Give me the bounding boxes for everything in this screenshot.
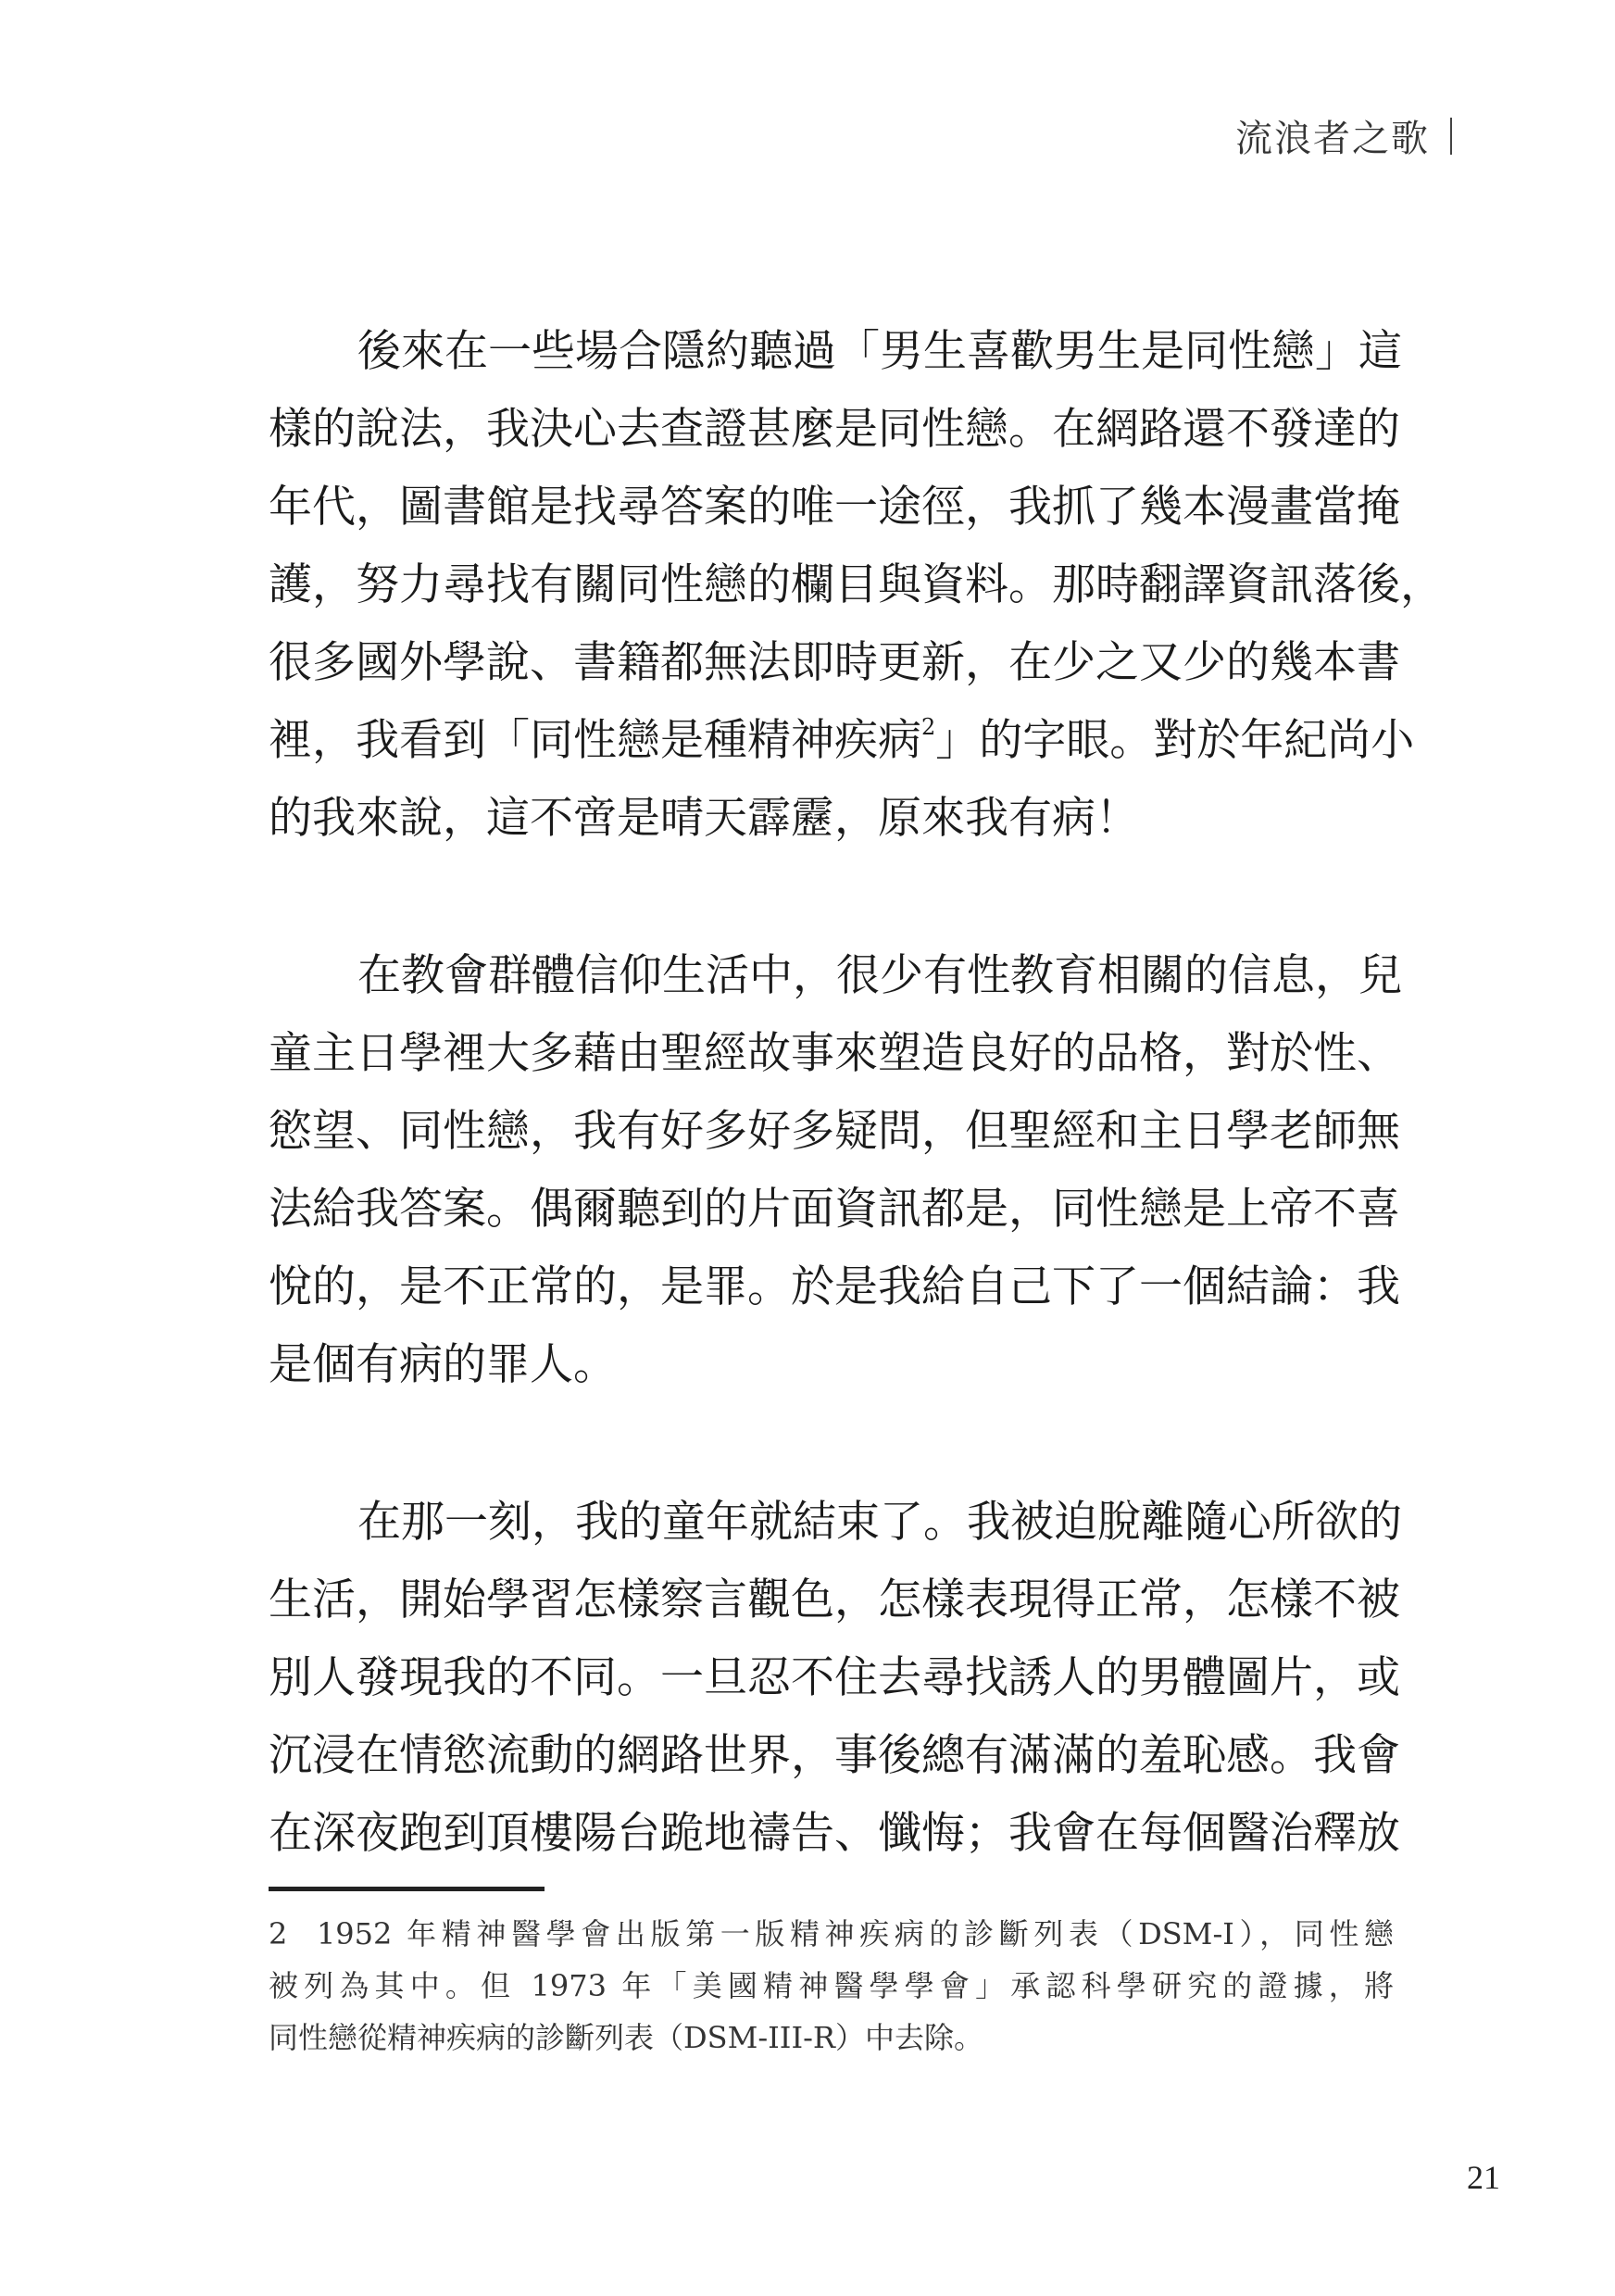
text-line: 是個有病的罪人。 <box>269 1326 1394 1404</box>
footnote-line: 被列為其中。但 1973 年「美國精神醫學學會」承認科學研究的證據，將 <box>269 1960 1394 2012</box>
text-segment: 」的字眼。對於年紀尚小 <box>935 715 1414 766</box>
text-line: 在深夜跑到頂樓陽台跪地禱告、懺悔；我會在每個醫治釋放 <box>269 1795 1394 1873</box>
text-line: 童主日學裡大多藉由聖經故事來塑造良好的品格，對於性、 <box>269 1015 1394 1093</box>
page-number: 21 <box>1467 2158 1500 2197</box>
text-line: 慾望、同性戀，我有好多好多疑問，但聖經和主日學老師無 <box>269 1093 1394 1171</box>
text-line: 很多國外學說、書籍都無法即時更新，在少之又少的幾本書 <box>269 624 1394 702</box>
text-line: 別人發現我的不同。一旦忍不住去尋找誘人的男體圖片，或 <box>269 1639 1394 1717</box>
text-line: 後來在一些場合隱約聽過「男生喜歡男生是同性戀」這 <box>269 313 1394 391</box>
text-segment: 裡，我看到「同性戀是種精神疾病 <box>269 715 921 766</box>
body-text: 後來在一些場合隱約聽過「男生喜歡男生是同性戀」這 樣的說法，我決心去查證甚麼是同… <box>269 313 1394 1952</box>
running-header: 流浪者之歌 <box>1235 109 1452 162</box>
footnote-separator <box>269 1887 545 1891</box>
paragraph-3: 在那一刻，我的童年就結束了。我被迫脫離隨心所欲的 生活，開始學習怎樣察言觀色，怎… <box>269 1484 1394 1873</box>
paragraph-2: 在教會群體信仰生活中，很少有性教育相關的信息，兒 童主日學裡大多藉由聖經故事來塑… <box>269 937 1394 1404</box>
footnote-reference[interactable]: 2 <box>921 714 935 740</box>
text-line: 樣的說法，我決心去查證甚麼是同性戀。在網路還不發達的 <box>269 391 1394 469</box>
footnote-number: 2 <box>269 1916 287 1951</box>
footnote-text: 1952 年精神醫學會出版第一版精神疾病的診斷列表（DSM-I），同性戀 <box>317 1916 1394 1951</box>
footnote: 2 1952 年精神醫學會出版第一版精神疾病的診斷列表（DSM-I），同性戀 被… <box>269 1908 1394 2064</box>
text-line: 生活，開始學習怎樣察言觀色，怎樣表現得正常，怎樣不被 <box>269 1562 1394 1639</box>
text-line: 在那一刻，我的童年就結束了。我被迫脫離隨心所欲的 <box>269 1484 1394 1562</box>
text-line-with-footnote: 裡，我看到「同性戀是種精神疾病2」的字眼。對於年紀尚小 <box>269 702 1394 780</box>
text-line: 在教會群體信仰生活中，很少有性教育相關的信息，兒 <box>269 937 1394 1015</box>
footnote-line: 2 1952 年精神醫學會出版第一版精神疾病的診斷列表（DSM-I），同性戀 <box>269 1908 1394 1960</box>
text-line: 年代，圖書館是找尋答案的唯一途徑，我抓了幾本漫畫當掩 <box>269 469 1394 546</box>
header-divider <box>1450 118 1452 155</box>
text-line: 的我來說，這不啻是晴天霹靂，原來我有病！ <box>269 780 1394 858</box>
footnote-line: 同性戀從精神疾病的診斷列表（DSM-III-R）中去除。 <box>269 2012 1394 2064</box>
text-line: 法給我答案。偶爾聽到的片面資訊都是，同性戀是上帝不喜 <box>269 1171 1394 1248</box>
running-title: 流浪者之歌 <box>1235 109 1430 162</box>
text-line: 悅的，是不正常的，是罪。於是我給自己下了一個結論：我 <box>269 1248 1394 1326</box>
text-line: 沉浸在情慾流動的網路世界，事後總有滿滿的羞恥感。我會 <box>269 1717 1394 1795</box>
paragraph-1: 後來在一些場合隱約聽過「男生喜歡男生是同性戀」這 樣的說法，我決心去查證甚麼是同… <box>269 313 1394 858</box>
text-line: 護，努力尋找有關同性戀的欄目與資料。那時翻譯資訊落後， <box>269 546 1394 624</box>
